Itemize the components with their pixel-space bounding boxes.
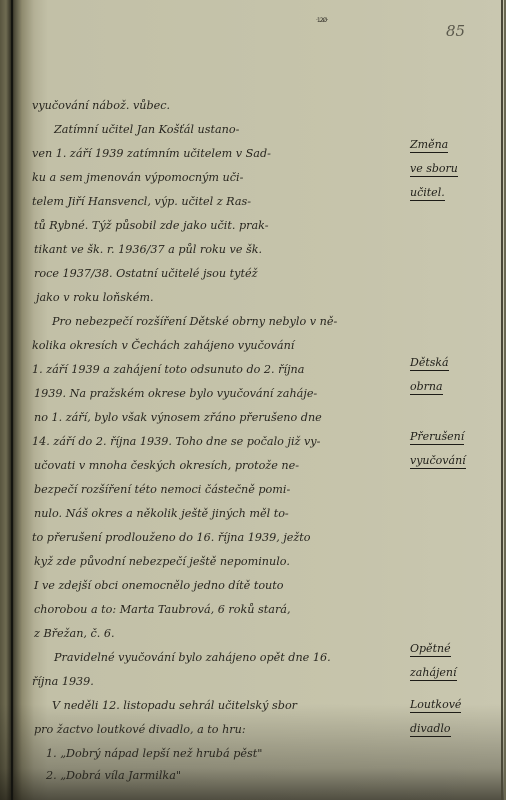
text-line: října 1939.: [32, 670, 94, 694]
text-line: 2. „Dobrá víla Jarmilka": [46, 764, 181, 788]
margin-note-label: Opětné: [410, 642, 451, 657]
text-line: V neděli 12. listopadu sehrál učitelský …: [52, 694, 297, 718]
text-line: chorobou a to: Marta Taubrová, 6 roků st…: [34, 598, 291, 622]
text-line: jako v roku loňském.: [36, 286, 154, 310]
margin-note: ve sboru: [410, 162, 496, 177]
text-line: 1. „Dobrý nápad lepší než hrubá pěst": [46, 742, 262, 766]
margin-note-label: Přerušení: [410, 430, 464, 445]
text-line: 14. září do 2. října 1939. Toho dne se p…: [32, 430, 320, 454]
text-line: ven 1. září 1939 zatímním učitelem v Sad…: [32, 142, 271, 166]
text-line: ku a sem jmenován výpomocným uči-: [32, 166, 243, 190]
text-line: Pravidelné vyučování bylo zahájeno opět …: [54, 646, 331, 670]
margin-note: Opětné: [410, 642, 496, 657]
margin-note-label: učitel.: [410, 186, 445, 201]
margin-note: obrna: [410, 380, 496, 395]
margin-note: Loutkové: [410, 698, 496, 713]
text-line: 1939. Na pražském okrese bylo vyučování …: [34, 382, 317, 406]
margin-note-label: zahájení: [410, 666, 457, 681]
text-line: z Břežan, č. 6.: [34, 622, 115, 646]
text-line: tikant ve šk. r. 1936/37 a půl roku ve š…: [34, 238, 262, 262]
margin-note: vyučování: [410, 454, 496, 469]
margin-note: zahájení: [410, 666, 496, 681]
text-line: pro žactvo loutkové divadlo, a to hru:: [34, 718, 246, 742]
text-line: Pro nebezpečí rozšíření Dětské obrny neb…: [52, 310, 337, 334]
binding-spine: [11, 0, 13, 800]
text-line: no 1. září, bylo však výnosem zřáno přer…: [34, 406, 322, 430]
ledger-page: ·12Ø· 85 vyučování nábož. vůbec.Zatímní …: [0, 0, 506, 800]
text-line: to přerušení prodlouženo do 16. října 19…: [32, 526, 311, 550]
text-line: učovati v mnoha českých okresích, protož…: [34, 454, 299, 478]
text-line: kolika okresích v Čechách zahájeno vyučo…: [32, 334, 294, 358]
text-line: nulo. Náš okres a několik ještě jiných m…: [34, 502, 289, 526]
page-stamp: ·12Ø·: [316, 17, 327, 24]
text-line: tů Rybné. Týž působil zde jako učit. pra…: [34, 214, 269, 238]
text-line: 1. září 1939 a zahájení toto odsunuto do…: [32, 358, 304, 382]
text-line: telem Jiří Hansvencl, výp. učitel z Ras-: [32, 190, 251, 214]
margin-note-label: vyučování: [410, 454, 466, 469]
page-edge: [501, 0, 503, 800]
margin-note: Dětská: [410, 356, 496, 371]
margin-note: divadlo: [410, 722, 496, 737]
margin-note-label: divadlo: [410, 722, 451, 737]
text-line: bezpečí rozšíření této nemoci částečně p…: [34, 478, 290, 502]
text-line: vyučování nábož. vůbec.: [32, 94, 170, 118]
text-line: roce 1937/38. Ostatní učitelé jsou tytéž: [34, 262, 257, 286]
text-line: I ve zdejší obci onemocnělo jedno dítě t…: [34, 574, 284, 598]
margin-note-label: Změna: [410, 138, 448, 153]
margin-note-label: Loutkové: [410, 698, 461, 713]
margin-note: Změna: [410, 138, 496, 153]
margin-note: Přerušení: [410, 430, 496, 445]
margin-note-label: ve sboru: [410, 162, 458, 177]
page-number: 85: [446, 22, 465, 40]
margin-note: učitel.: [410, 186, 496, 201]
margin-note-label: obrna: [410, 380, 443, 395]
text-line: kyž zde původní nebezpečí ještě nepominu…: [34, 550, 290, 574]
margin-note-label: Dětská: [410, 356, 449, 371]
text-line: Zatímní učitel Jan Košťál ustano-: [54, 118, 239, 142]
